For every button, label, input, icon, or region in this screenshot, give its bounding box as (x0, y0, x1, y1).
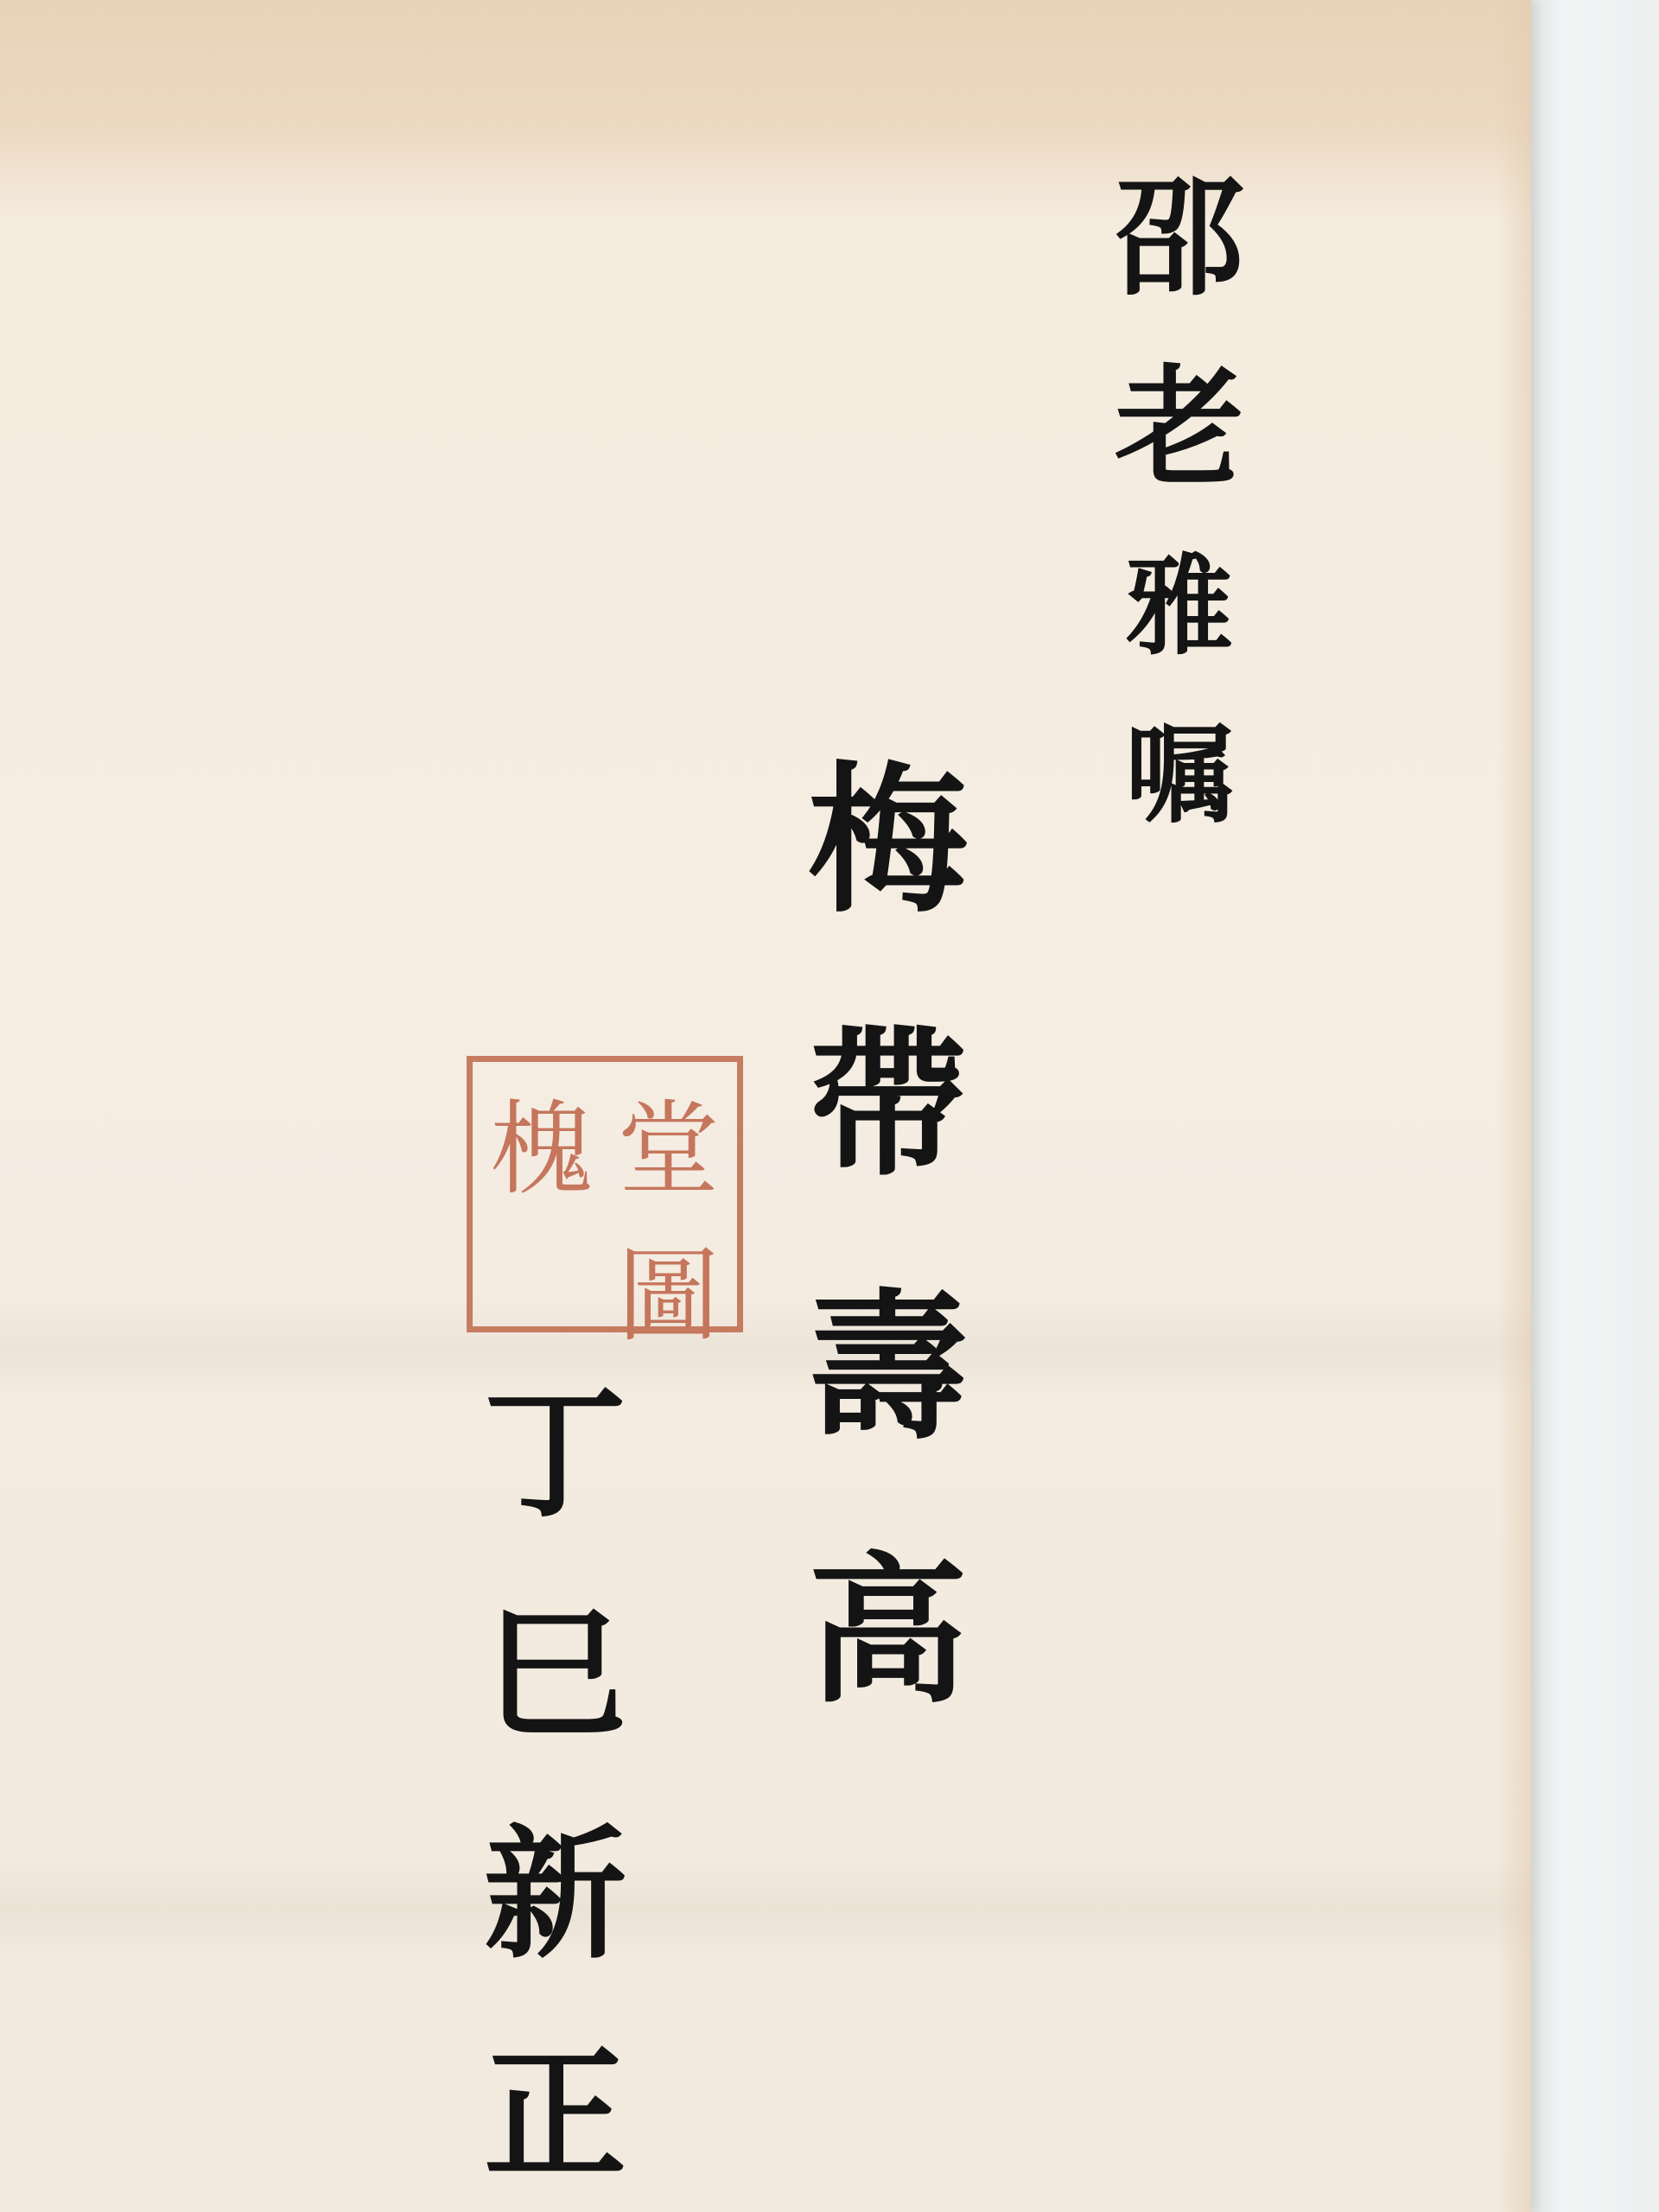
background-wall (1531, 0, 1659, 2212)
scroll-paper: 邵 老 雅 嘱 梅 帶 壽 高 丁 巳 新 正 槐 堂 圖 (0, 0, 1531, 2212)
calligraphy-char: 雅 (1126, 553, 1234, 661)
calligraphy-char: 壽 (808, 1287, 968, 1447)
paper-fold (0, 1296, 1531, 1400)
calligraphy-char: 邵 (1115, 173, 1244, 302)
seal-char: 槐 (478, 1067, 605, 1214)
calligraphy-char: 老 (1115, 363, 1244, 493)
red-seal-stamp: 槐 堂 圖 (467, 1056, 743, 1332)
calligraphy-char: 巳 (484, 1603, 626, 1745)
paper-fold (0, 1858, 1531, 1961)
calligraphy-char: 正 (484, 2044, 626, 2186)
calligraphy-column-date: 丁 巳 新 正 (484, 1382, 626, 2186)
calligraphy-char: 新 (484, 1823, 626, 1966)
calligraphy-column-main: 梅 帶 壽 高 (808, 760, 968, 1711)
calligraphy-char: 帶 (808, 1024, 968, 1184)
calligraphy-char: 嘱 (1126, 721, 1234, 829)
seal-char: 堂 (605, 1067, 732, 1214)
seal-char: 圖 (605, 1214, 732, 1361)
seal-char (478, 1214, 605, 1361)
calligraphy-column-dedication: 邵 老 雅 嘱 (1115, 173, 1244, 829)
calligraphy-char: 丁 (484, 1382, 626, 1525)
calligraphy-char: 高 (808, 1551, 968, 1711)
calligraphy-char: 梅 (808, 760, 968, 920)
